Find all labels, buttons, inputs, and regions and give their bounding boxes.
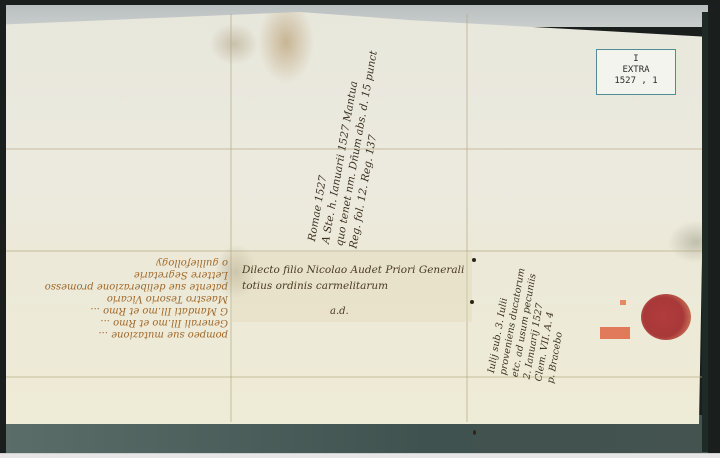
script-line: G Mandati Ill.mo et Rmo ... [6,304,228,316]
ink-stain [473,430,476,435]
upside-down-text: pompeo sue mutazione ... Generali Ill.mo… [6,256,228,340]
script-line: o gulliefollogy [6,256,228,268]
right-edge-shadow [702,12,708,452]
seal-fragment [600,327,630,339]
address-line: Dilecto filio Nicolao Audet Priori Gener… [242,262,464,278]
script-line: Generali Ill.mo et Rmo ... [6,316,228,328]
address-line: totius ordinis carmelitarum [242,278,464,294]
label-line: EXTRA [597,65,675,76]
script-line: pompeo sue mutazione ... [6,328,228,340]
script-line: patente sue deliberazione promesso [6,280,228,292]
photo-frame: I EXTRA 1527 , 1 Romae 1527 A Ste. h. Ia… [0,0,720,453]
fold-line [6,376,706,378]
fold-line [230,14,232,422]
bottom-bar [0,453,720,458]
script-line: Lettere Segretarie [6,268,228,280]
seal-fragment [620,300,626,305]
ink-stain [470,300,474,304]
label-line: I [597,54,675,65]
label-line: 1527 , 1 [597,76,675,87]
ink-stain [472,258,476,262]
wax-seal [641,294,691,340]
signature: a.d. [330,306,349,317]
script-line: Maestro Tesorio Vicario [6,292,228,304]
address-text: Dilecto filio Nicolao Audet Priori Gener… [242,262,464,294]
archival-label: I EXTRA 1527 , 1 [596,49,676,95]
fold-line [466,14,468,422]
